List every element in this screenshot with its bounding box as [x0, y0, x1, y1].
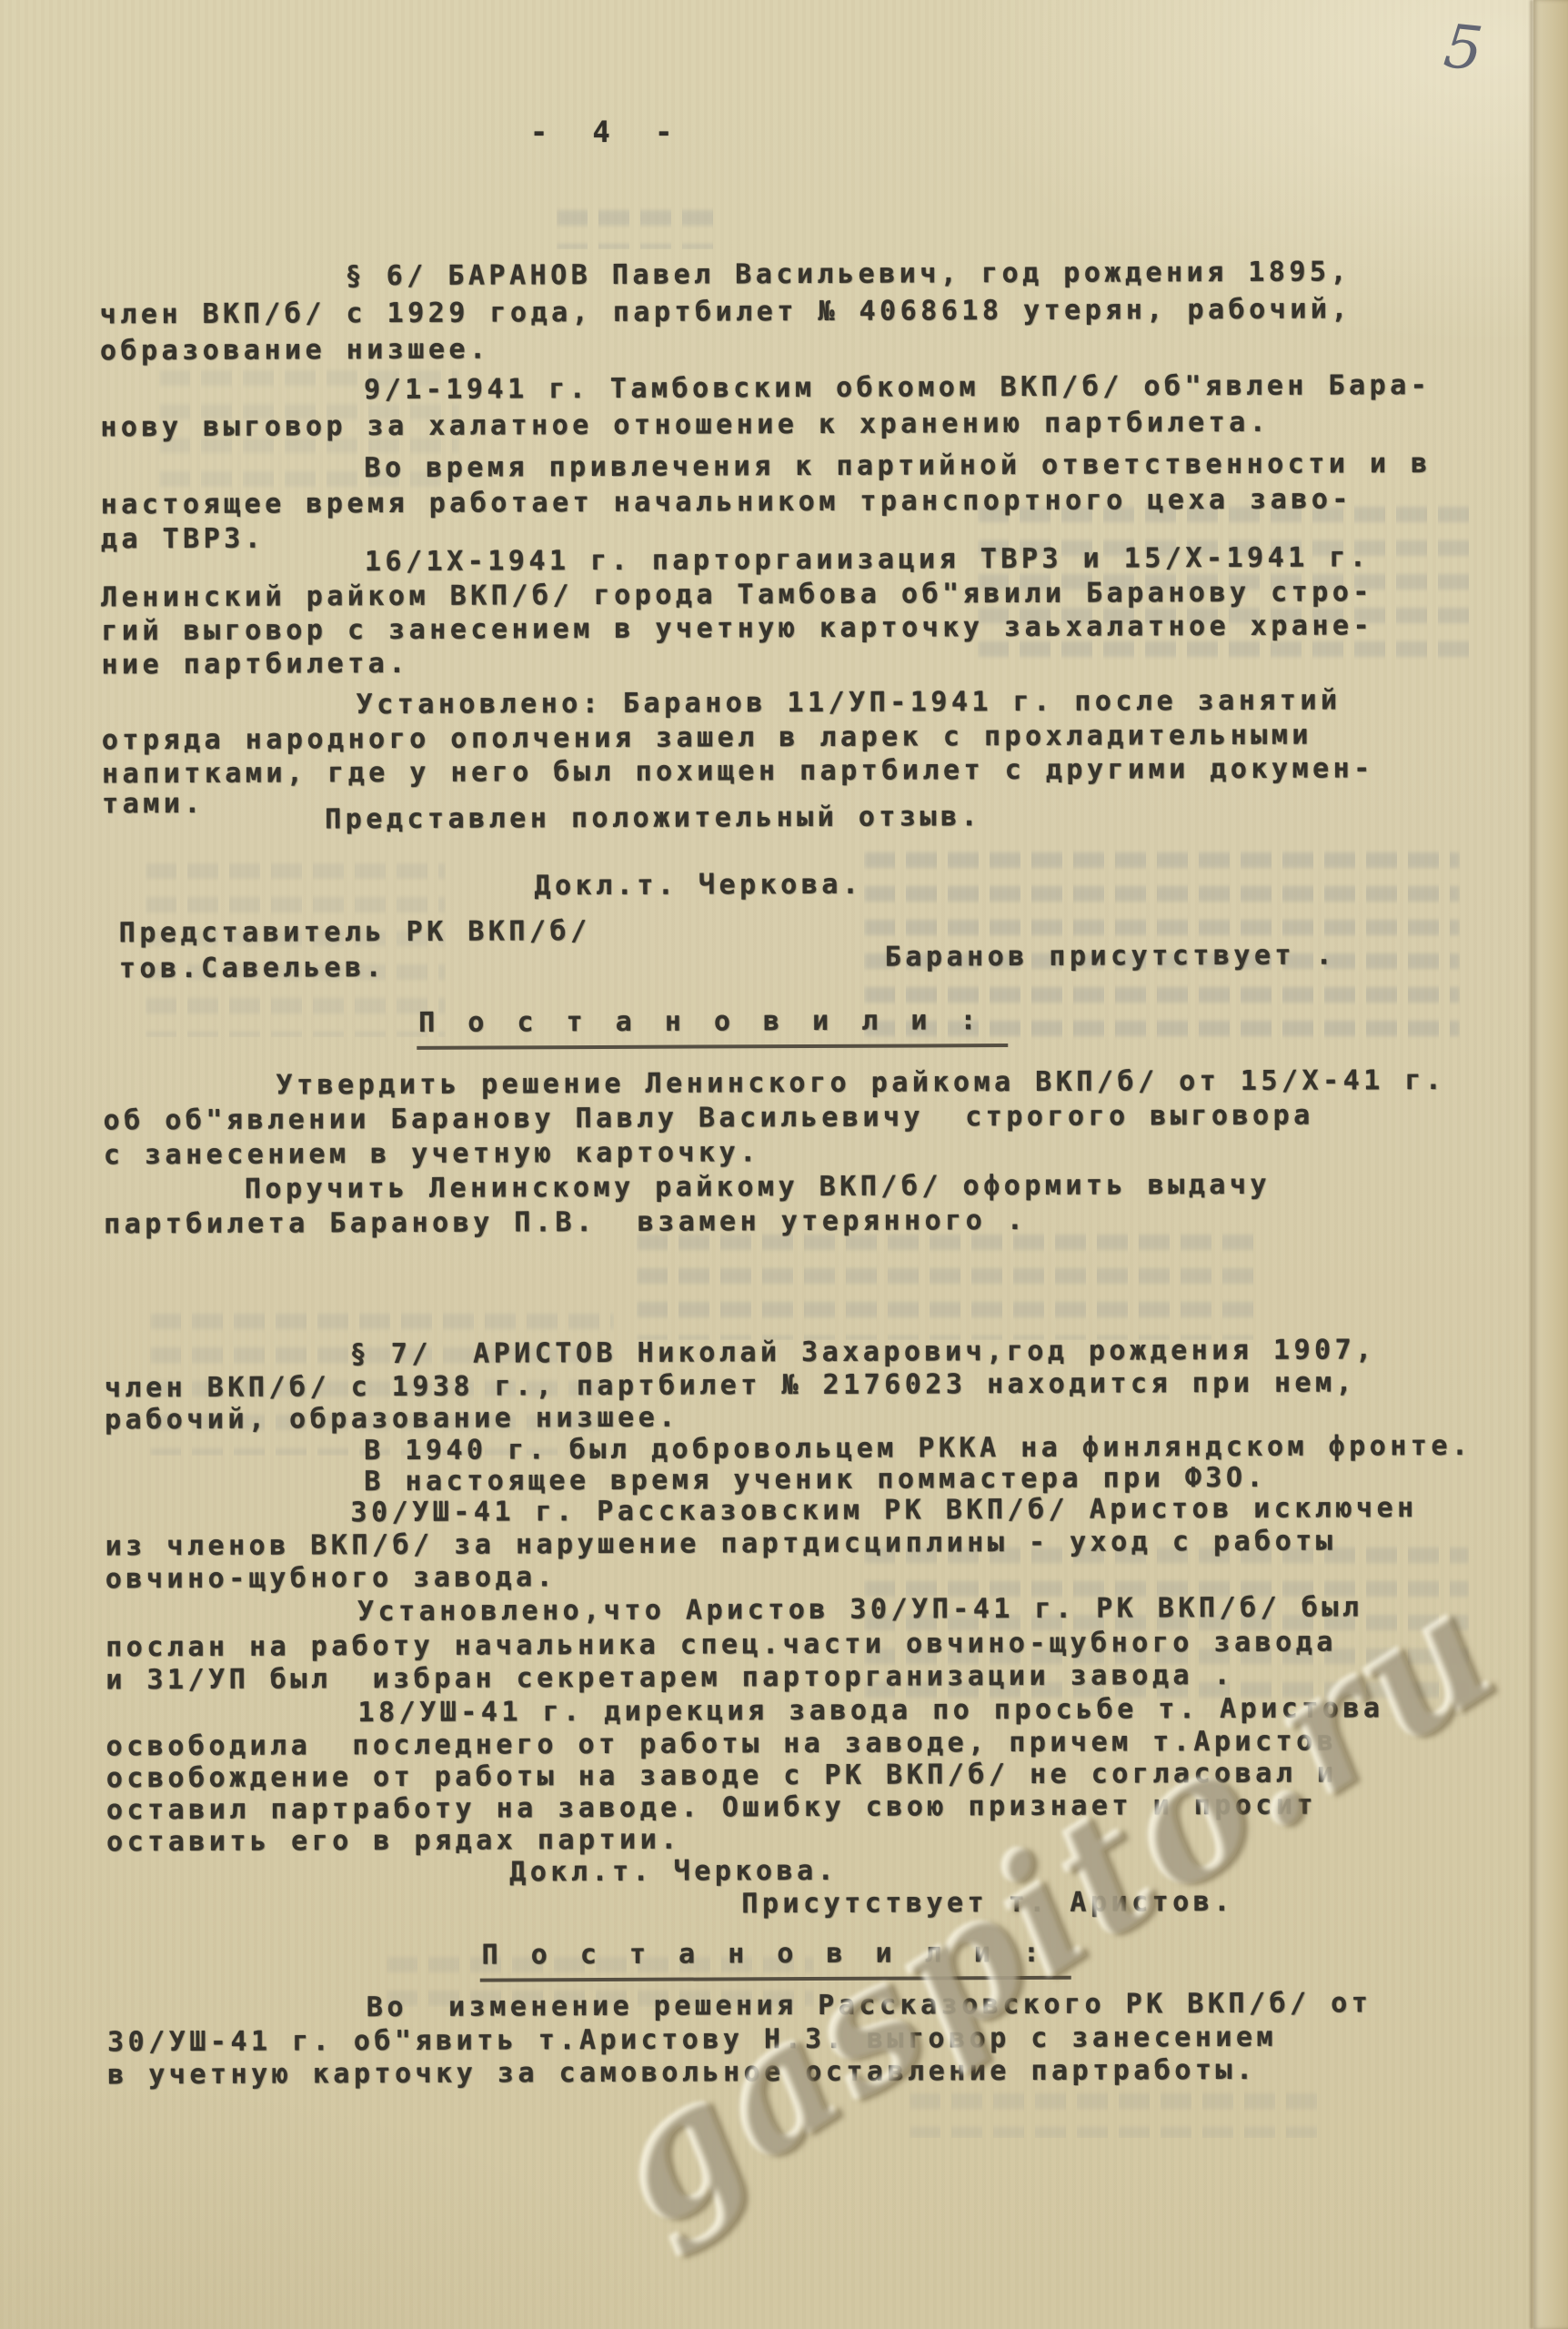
document-line: П о с т а н о в и л и : [417, 1004, 1009, 1050]
document-line: Баранов присутствует . [885, 939, 1337, 973]
document-line: Установлено: Баранов 11/УП-1941 г. после… [357, 684, 1342, 721]
document-line: из членов ВКП/б/ за нарушение партдисцип… [106, 1525, 1337, 1563]
document-line: 9/1-1941 г. Тамбовским обкомом ВКП/б/ об… [364, 369, 1431, 407]
document-line: ние партбилета. [101, 648, 409, 681]
document-line: послан на работу начальника спец.части о… [106, 1626, 1337, 1664]
document-line: рабочий, образование низшее. [105, 1402, 679, 1437]
document-line: член ВКП/б/ с 1929 года, партбилет № 406… [100, 293, 1352, 331]
document-line: Докл.т. Черкова. [534, 869, 862, 903]
document-line: § 6/ БАРАНОВ Павел Васильевич, год рожде… [346, 256, 1352, 293]
document-line: настоящее время работает начальником тра… [101, 483, 1352, 521]
scanned-document-page: - 4 - 5 § 6/ БАРАНОВ Павел Васильевич, г… [0, 0, 1568, 2329]
document-line: оставить его в рядах партии. [106, 1824, 681, 1860]
document-line: Утвердить решение Ленинского райкома ВКП… [276, 1064, 1445, 1103]
document-line: член ВКП/б/ с 1938 г., партбилет № 21760… [105, 1366, 1356, 1405]
document-line: Докл.т. Черкова. [509, 1855, 838, 1890]
document-line: Установлено,что Аристов 30/УП-41 г. РК В… [357, 1591, 1363, 1628]
document-line: § 7/ АРИСТОВ Николай Захарович,год рожде… [350, 1334, 1376, 1371]
document-line: напитками, где у него был похищен партби… [102, 752, 1374, 791]
document-line: нову выговор за халатное отношение к хра… [100, 407, 1270, 445]
document-line: образование низшее. [100, 334, 490, 368]
document-line: Поручить Ленинскому райкому ВКП/б/ оформ… [245, 1169, 1271, 1206]
document-line: партбилета Баранову П.В. взамен утерянно… [104, 1205, 1027, 1241]
document-line: об об"явлении Баранову Павлу Васильевичу… [104, 1100, 1314, 1138]
document-line: тами. [102, 788, 205, 821]
document-line: В 1940 г. был добровольцем РККА на финля… [364, 1430, 1472, 1467]
document-line: 16/1Х-1941 г. парторгаиизация ТВРЗ и 15/… [365, 541, 1371, 579]
document-line: Ленинский райком ВКП/б/ города Тамбова о… [101, 576, 1373, 614]
document-line: Во время привлечения к партийной ответст… [364, 448, 1431, 485]
document-line: и 31/УП был избран секретарем парторгани… [106, 1659, 1234, 1697]
document-line: да ТВРЗ. [101, 523, 266, 557]
document-line: тов.Савельев. [119, 952, 386, 985]
document-line: овчино-щубного завода. [106, 1561, 558, 1596]
document-line: с занесением в учетную карточку. [104, 1136, 760, 1172]
document-line: гий выговор с занесением в учетную карто… [101, 610, 1373, 648]
document-line: Представитель РК ВКП/б/ [119, 915, 591, 950]
document-line: отряда народного ополчения зашел в ларек… [102, 720, 1312, 758]
document-line: 30/УШ-41 г. Рассказовским РК ВКП/б/ Арис… [350, 1492, 1417, 1529]
document-line: Представлен положительный отзыв. [325, 801, 981, 836]
